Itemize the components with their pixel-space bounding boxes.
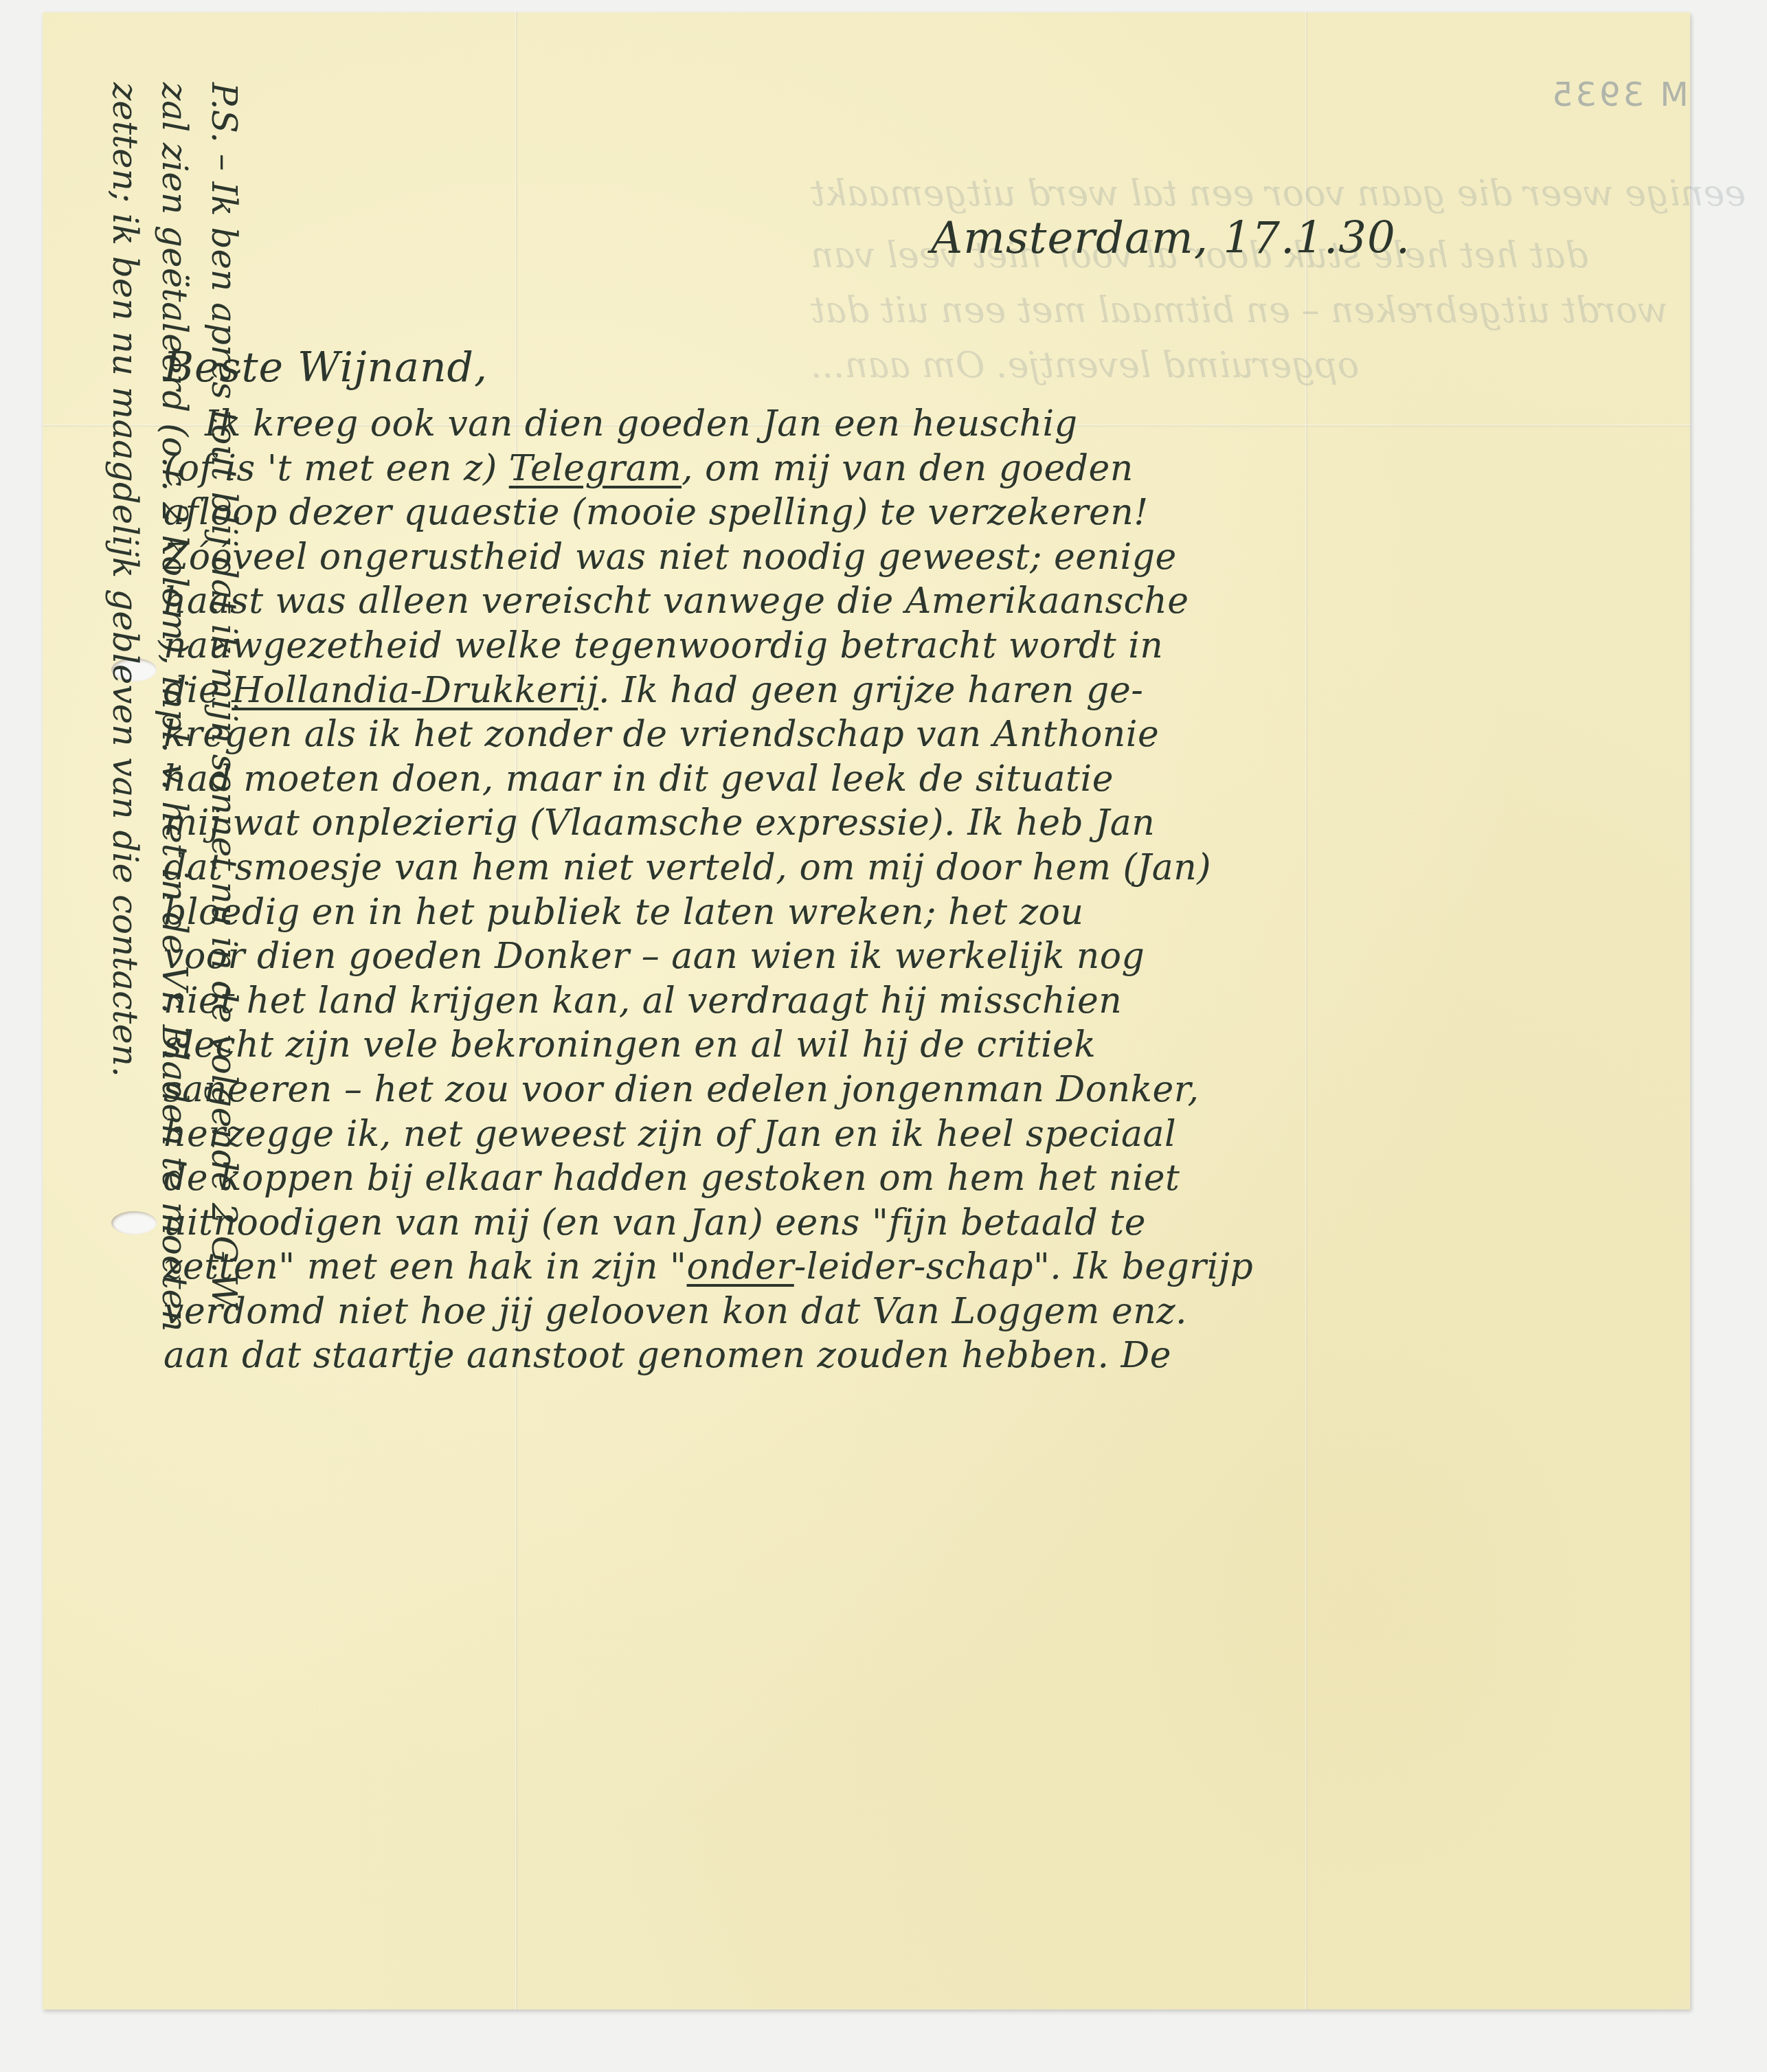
letter-dateline: Amsterdam, 17.1.30. bbox=[931, 213, 1410, 264]
body-line: (of is 't met een z) Telegram, om mij va… bbox=[164, 447, 1661, 491]
letter-body: Ik kreeg ook van dien goeden Jan een heu… bbox=[164, 402, 1661, 1378]
body-line: Zóóveel ongerustheid was niet noodig gew… bbox=[164, 535, 1661, 580]
body-text: , om mij van den goeden bbox=[682, 448, 1134, 489]
body-line: de koppen bij elkaar hadden gestoken om … bbox=[164, 1156, 1661, 1201]
body-line: haast was alleen vereischt vanwege die A… bbox=[164, 579, 1661, 624]
underlined-word-hollandia: Hollandia-Drukkerij bbox=[232, 670, 598, 711]
body-line: zetten" met een hak in zijn "onder-leide… bbox=[164, 1245, 1661, 1290]
body-line: had moeten doen, maar in dit geval leek … bbox=[164, 757, 1661, 802]
body-line: verdomd niet hoe jij gelooven kon dat Va… bbox=[164, 1290, 1661, 1334]
postscript-line: P.S. – Ik ben après tout blij dat ik mij… bbox=[199, 82, 249, 2006]
body-line: kregen als ik het zonder de vriendschap … bbox=[164, 712, 1661, 757]
body-line: slecht zijn vele bekroningen en al wil h… bbox=[164, 1023, 1661, 1068]
body-text: -leider-schap". Ik begrijp bbox=[794, 1246, 1253, 1287]
body-line: afloop dezer quaestie (mooie spelling) t… bbox=[164, 491, 1661, 535]
bleed-through-line: eenige weer die gaan voor een tal werd u… bbox=[811, 172, 1746, 216]
underlined-word-telegram: Telegram bbox=[509, 448, 682, 489]
postscript-margin-note: P.S. – Ik ben après tout blij dat ik mij… bbox=[100, 82, 249, 2006]
body-line: die Hollandia-Drukkerij. Ik had geen gri… bbox=[164, 668, 1661, 713]
body-line: mij wat onplezierig (Vlaamsche expressie… bbox=[164, 801, 1661, 846]
body-line: aan dat staartje aanstoot genomen zouden… bbox=[164, 1333, 1661, 1378]
body-line: herzegge ik, net geweest zijn of Jan en … bbox=[164, 1112, 1661, 1157]
archive-stamp: M 3935 bbox=[1549, 76, 1689, 114]
body-line: niet het land krijgen kan, al verdraagt … bbox=[164, 979, 1661, 1024]
body-line: bloedig en in het publiek te laten wreke… bbox=[164, 890, 1661, 935]
body-line: saneeren – het zou voor dien edelen jong… bbox=[164, 1068, 1661, 1112]
body-line: voor dien goeden Donker – aan wien ik we… bbox=[164, 934, 1661, 979]
body-line: nauwgezetheid welke tegenwoordig betrach… bbox=[164, 624, 1661, 668]
bleed-through-line: opgeruimd leventje. Om aan... bbox=[811, 344, 1359, 387]
body-text: . Ik had geen grijze haren ge- bbox=[598, 670, 1143, 711]
postscript-line: zetten; ik ben nu maagdelijk gebleven va… bbox=[100, 82, 150, 2006]
underlined-word-onder: onder bbox=[687, 1246, 794, 1287]
postscript-line: zal zien geëtaleerd (o.r. 2 kolom), inpl… bbox=[150, 82, 199, 2006]
body-line: dat smoesje van hem niet verteld, om mij… bbox=[164, 846, 1661, 890]
body-line: Ik kreeg ook van dien goeden Jan een heu… bbox=[164, 402, 1661, 447]
bleed-through-line: wordt uitgebreken – en bitmaal met een u… bbox=[811, 289, 1668, 333]
body-line: uitnoodigen van mij (en van Jan) eens "f… bbox=[164, 1201, 1661, 1246]
